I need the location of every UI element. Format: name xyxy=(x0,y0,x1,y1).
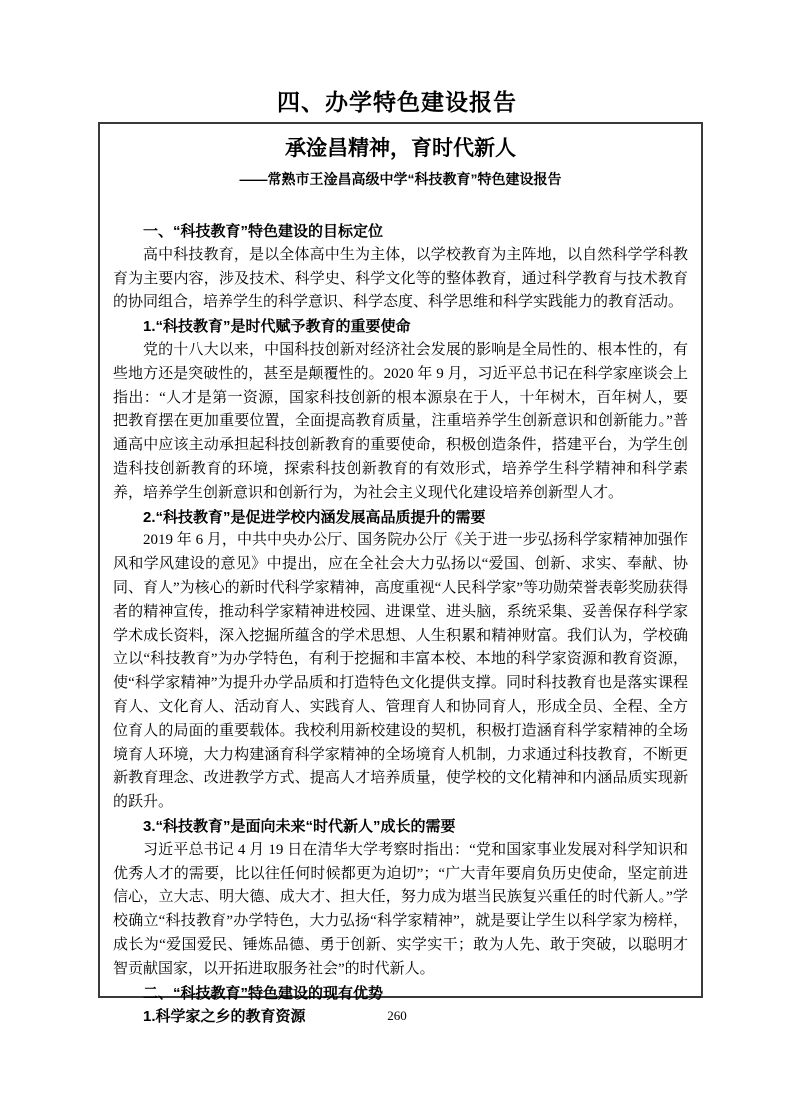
section-heading: 二、“科技教育”特色建设的现有优势 xyxy=(113,982,688,1006)
section-heading: 1.“科技教育”是时代赋予教育的重要使命 xyxy=(113,315,688,339)
body-paragraph: 习近平总书记 4 月 19 日在清华大学考察时指出：“党和国家事业发展对科学知识… xyxy=(113,839,688,982)
page-title: 四、办学特色建设报告 xyxy=(0,84,794,117)
body-paragraph: 高中科技教育，是以全体高中生为主体，以学校教育为主阵地，以自然科学学科教育为主要… xyxy=(113,244,688,315)
section-heading: 一、“科技教育”特色建设的目标定位 xyxy=(113,220,688,244)
body-paragraph: 2019 年 6 月，中共中央办公厅、国务院办公厅《关于进一步弘扬科学家精神加强… xyxy=(113,529,688,815)
body-paragraph: 党的十八大以来，中国科技创新对经济社会发展的影响是全局性的、根本性的，有些地方还… xyxy=(113,339,688,506)
page-number: 260 xyxy=(0,1008,794,1024)
report-border-box: 承淦昌精神，育时代新人 ——常熟市王淦昌高级中学“科技教育”特色建设报告 一、“… xyxy=(98,122,703,998)
section-heading: 2.“科技教育”是促进学校内涵发展高品质提升的需要 xyxy=(113,506,688,530)
report-title: 承淦昌精神，育时代新人 xyxy=(100,132,701,162)
report-body: 一、“科技教育”特色建设的目标定位高中科技教育，是以全体高中生为主体，以学校教育… xyxy=(113,220,688,1029)
section-heading: 3.“科技教育”是面向未来“时代新人”成长的需要 xyxy=(113,815,688,839)
report-subtitle: ——常熟市王淦昌高级中学“科技教育”特色建设报告 xyxy=(100,169,701,189)
